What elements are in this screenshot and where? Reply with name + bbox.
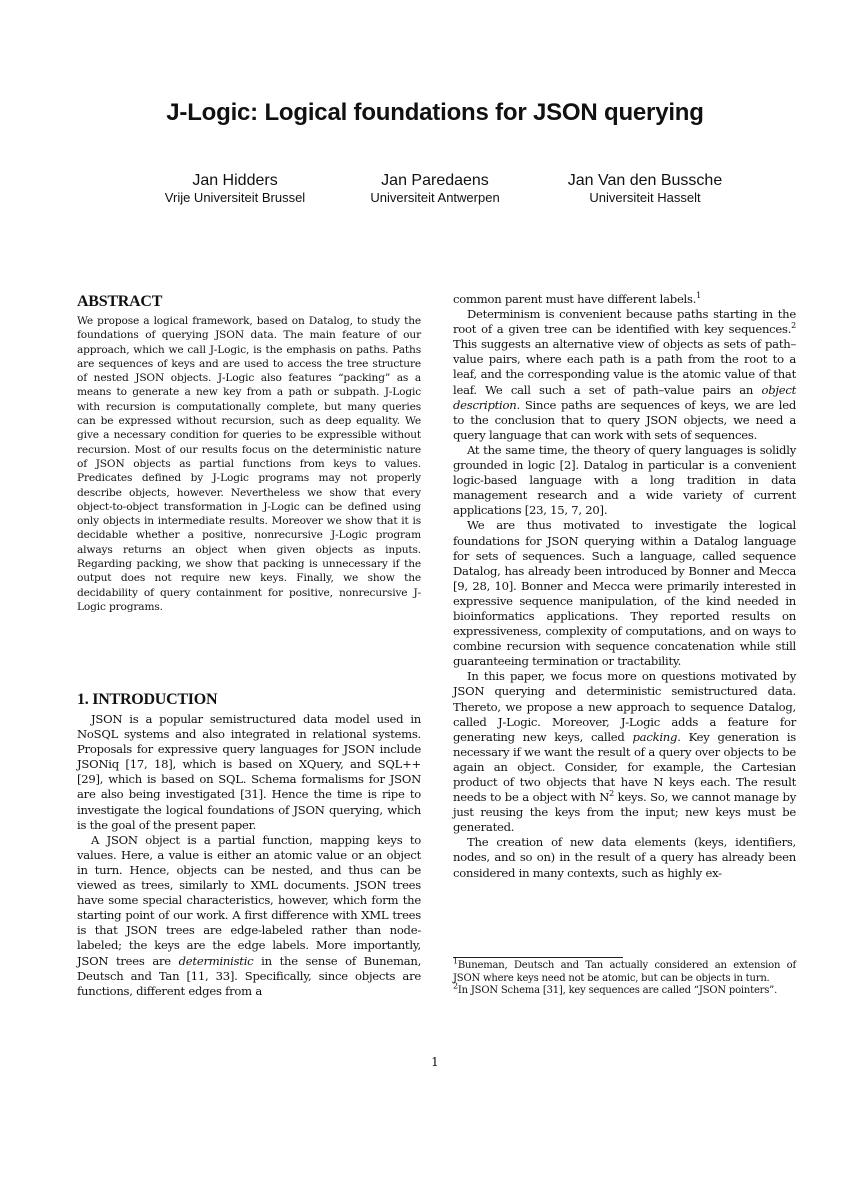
text-run: This suggests an alternative view of obj… xyxy=(453,337,796,396)
footnote-1: 1Buneman, Deutsch and Tan actually consi… xyxy=(453,960,796,985)
author-1: Jan Hidders Vrije Universiteit Brussel xyxy=(140,171,330,206)
text-run: Determinism is convenient because paths … xyxy=(453,307,796,336)
abstract-heading: ABSTRACT xyxy=(77,292,421,312)
abstract-text: We propose a logical framework, based on… xyxy=(77,314,421,614)
intro-paragraph: In this paper, we focus more on question… xyxy=(453,669,796,835)
right-column: common parent must have different labels… xyxy=(453,292,796,881)
author-2: Jan Paredaens Universiteit Antwerpen xyxy=(340,171,530,206)
footnote-2: 2In JSON Schema [31], key sequences are … xyxy=(453,985,796,998)
intro-paragraph: At the same time, the theory of query la… xyxy=(453,443,796,518)
intro-paragraph: We are thus motivated to investigate the… xyxy=(453,518,796,669)
emphasis: packing xyxy=(633,730,678,744)
author-name: Jan Paredaens xyxy=(340,171,530,190)
footnote-text: In JSON Schema [31], key sequences are c… xyxy=(458,985,777,996)
author-name: Jan Van den Bussche xyxy=(550,171,740,190)
footnote-ref[interactable]: 1 xyxy=(696,291,701,300)
page-number: 1 xyxy=(0,1055,850,1069)
paper-page: J-Logic: Logical foundations for JSON qu… xyxy=(0,0,850,1202)
footnote-divider xyxy=(453,957,623,958)
intro-paragraph: The creation of new data elements (keys,… xyxy=(453,835,796,880)
intro-paragraph: JSON is a popular semistructured data mo… xyxy=(77,712,421,833)
author-3: Jan Van den Bussche Universiteit Hasselt xyxy=(550,171,740,206)
introduction-heading: 1. INTRODUCTION xyxy=(77,690,421,710)
author-name: Jan Hidders xyxy=(140,171,330,190)
paper-title: J-Logic: Logical foundations for JSON qu… xyxy=(0,99,850,127)
footnote-ref[interactable]: 2 xyxy=(791,321,796,330)
intro-paragraph: A JSON object is a partial function, map… xyxy=(77,833,421,999)
footnote-text: Buneman, Deutsch and Tan actually consid… xyxy=(453,960,796,984)
intro-paragraph-continued: common parent must have different labels… xyxy=(453,292,796,307)
footnotes: 1Buneman, Deutsch and Tan actually consi… xyxy=(453,960,796,998)
abstract-section: ABSTRACT We propose a logical framework,… xyxy=(77,292,421,614)
text-run: A JSON object is a partial function, map… xyxy=(77,833,421,968)
intro-paragraph: Determinism is convenient because paths … xyxy=(453,307,796,443)
text-run: common parent must have different labels… xyxy=(453,292,696,306)
author-affiliation: Vrije Universiteit Brussel xyxy=(140,190,330,206)
introduction-section: 1. INTRODUCTION JSON is a popular semist… xyxy=(77,690,421,999)
author-affiliation: Universiteit Hasselt xyxy=(550,190,740,206)
emphasis: deterministic xyxy=(179,954,254,968)
author-affiliation: Universiteit Antwerpen xyxy=(340,190,530,206)
